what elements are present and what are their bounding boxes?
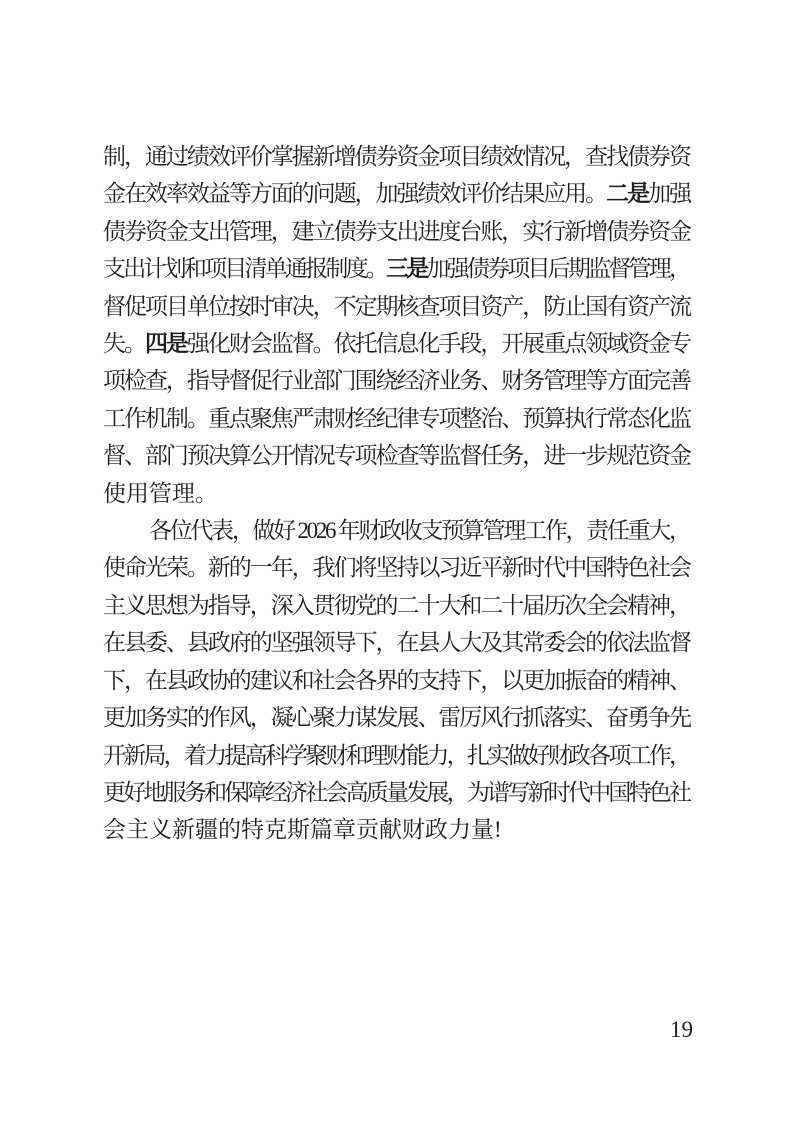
text-line: 失。四是强化财会监督。依托信息化手段，开展重点领域资金专 (103, 325, 692, 362)
bold-emphasis: 四是 (145, 331, 187, 356)
text-line-content: 金在效率效益等方面的问题，加强绩效评价结果应用。二是加强 (103, 181, 690, 206)
text-segment: 督、部门预决算公开情况专项检查等监督任务，进一步规范资金 (103, 443, 690, 468)
text-segment: 开新局，着力提高科学聚财和理财能力，扎实做好财政各项工作， (103, 743, 689, 768)
text-line-content: 在县委、县政府的坚强领导下，在县人大及其常委会的依法监督 (103, 630, 690, 655)
text-segment: 下，在县政协的建议和社会各界的支持下，以更加振奋的精神、 (103, 668, 690, 693)
text-segment: 使命光荣。新的一年，我们将坚持以习近平新时代中国特色社会 (103, 555, 690, 580)
text-segment: 使用管理。 (103, 481, 218, 506)
text-segment: 制，通过绩效评价掌握新增债券资金项目绩效情况，查找债券资 (103, 144, 690, 169)
document-page: 制，通过绩效评价掌握新增债券资金项目绩效情况，查找债券资金在效率效益等方面的问题… (0, 0, 793, 1122)
text-segment: 加强 (648, 181, 690, 206)
text-line: 项检查，指导督促行业部门围绕经济业务、财务管理等方面完善 (103, 362, 692, 399)
text-segment: 工作机制。重点聚焦严肃财经纪律专项整治、预算执行常态化监 (103, 406, 690, 431)
text-line-content: 督促项目单位按时审决，不定期核查项目资产，防止国有资产流 (103, 294, 690, 319)
text-line: 主义思想为指导，深入贯彻党的二十大和二十届历次全会精神， (103, 587, 692, 624)
text-segment: 失。 (103, 331, 145, 356)
text-line-content: 更好地服务和保障经济社会高质量发展，为谱写新时代中国特色社 (103, 780, 689, 805)
text-line: 支出计划和项目清单通报制度。三是加强债券项目后期监督管理， (103, 250, 692, 287)
text-line: 更加务实的作风，凝心聚力谋发展、雷厉风行抓落实、奋勇争先 (103, 699, 692, 736)
text-line-content: 支出计划和项目清单通报制度。三是加强债券项目后期监督管理， (103, 256, 689, 281)
text-line-content: 下，在县政协的建议和社会各界的支持下，以更加振奋的精神、 (103, 668, 690, 693)
text-line: 工作机制。重点聚焦严肃财经纪律专项整治、预算执行常态化监 (103, 400, 692, 437)
bold-emphasis: 二是 (606, 181, 648, 206)
text-line-content: 制，通过绩效评价掌握新增债券资金项目绩效情况，查找债券资 (103, 144, 690, 169)
text-line: 督促项目单位按时审决，不定期核查项目资产，防止国有资产流 (103, 288, 692, 325)
text-line-content: 失。四是强化财会监督。依托信息化手段，开展重点领域资金专 (103, 331, 690, 356)
text-line-content: 使用管理。 (103, 481, 218, 506)
text-line-content: 督、部门预决算公开情况专项检查等监督任务，进一步规范资金 (103, 443, 690, 468)
text-line: 在县委、县政府的坚强领导下，在县人大及其常委会的依法监督 (103, 624, 692, 661)
text-line: 更好地服务和保障经济社会高质量发展，为谱写新时代中国特色社 (103, 774, 692, 811)
text-segment: 督促项目单位按时审决，不定期核查项目资产，防止国有资产流 (103, 294, 690, 319)
page-number: 19 (670, 1018, 693, 1041)
text-line-content: 会主义新疆的特克斯篇章贡献财政力量! (103, 817, 502, 842)
text-line-content: 债券资金支出管理，建立债券支出进度台账，实行新增债券资金 (103, 219, 690, 244)
text-segment: 金在效率效益等方面的问题，加强绩效评价结果应用。 (103, 181, 606, 206)
body-text: 制，通过绩效评价掌握新增债券资金项目绩效情况，查找债券资金在效率效益等方面的问题… (103, 138, 692, 849)
text-line: 使命光荣。新的一年，我们将坚持以习近平新时代中国特色社会 (103, 549, 692, 586)
text-line-content: 主义思想为指导，深入贯彻党的二十大和二十届历次全会精神， (103, 593, 690, 618)
text-segment: 主义思想为指导，深入贯彻党的二十大和二十届历次全会精神， (103, 593, 690, 618)
text-line-content: 更加务实的作风，凝心聚力谋发展、雷厉风行抓落实、奋勇争先 (103, 705, 690, 730)
bold-emphasis: 三是 (386, 256, 426, 281)
text-segment: 加强债券项目后期监督管理， (426, 256, 689, 281)
text-line: 制，通过绩效评价掌握新增债券资金项目绩效情况，查找债券资 (103, 138, 692, 175)
text-segment: 债券资金支出管理，建立债券支出进度台账，实行新增债券资金 (103, 219, 690, 244)
text-line: 下，在县政协的建议和社会各界的支持下，以更加振奋的精神、 (103, 662, 692, 699)
text-line-content: 使命光荣。新的一年，我们将坚持以习近平新时代中国特色社会 (103, 555, 690, 580)
text-line-content: 各位代表，做好 2026 年财政收支预算管理工作，责任重大， (149, 518, 690, 543)
text-line: 开新局，着力提高科学聚财和理财能力，扎实做好财政各项工作， (103, 737, 692, 774)
text-segment: 更加务实的作风，凝心聚力谋发展、雷厉风行抓落实、奋勇争先 (103, 705, 690, 730)
text-segment: 各位代表，做好 2026 年财政收支预算管理工作，责任重大， (149, 518, 690, 543)
text-segment: 支出计划和项目清单通报制度。 (103, 256, 386, 281)
text-line-content: 工作机制。重点聚焦严肃财经纪律专项整治、预算执行常态化监 (103, 406, 690, 431)
text-segment: 项检查，指导督促行业部门围绕经济业务、财务管理等方面完善 (103, 368, 690, 393)
text-segment: 在县委、县政府的坚强领导下，在县人大及其常委会的依法监督 (103, 630, 690, 655)
text-line: 债券资金支出管理，建立债券支出进度台账，实行新增债券资金 (103, 213, 692, 250)
text-line: 金在效率效益等方面的问题，加强绩效评价结果应用。二是加强 (103, 175, 692, 212)
text-line: 督、部门预决算公开情况专项检查等监督任务，进一步规范资金 (103, 437, 692, 474)
text-line: 使用管理。 (103, 475, 692, 512)
text-line-content: 开新局，着力提高科学聚财和理财能力，扎实做好财政各项工作， (103, 743, 689, 768)
text-line-content: 项检查，指导督促行业部门围绕经济业务、财务管理等方面完善 (103, 368, 690, 393)
text-line: 会主义新疆的特克斯篇章贡献财政力量! (103, 811, 692, 848)
text-line: 各位代表，做好 2026 年财政收支预算管理工作，责任重大， (103, 512, 692, 549)
text-segment: 会主义新疆的特克斯篇章贡献财政力量! (103, 817, 502, 842)
text-segment: 更好地服务和保障经济社会高质量发展，为谱写新时代中国特色社 (103, 780, 689, 805)
text-segment: 强化财会监督。依托信息化手段，开展重点领域资金专 (187, 331, 690, 356)
